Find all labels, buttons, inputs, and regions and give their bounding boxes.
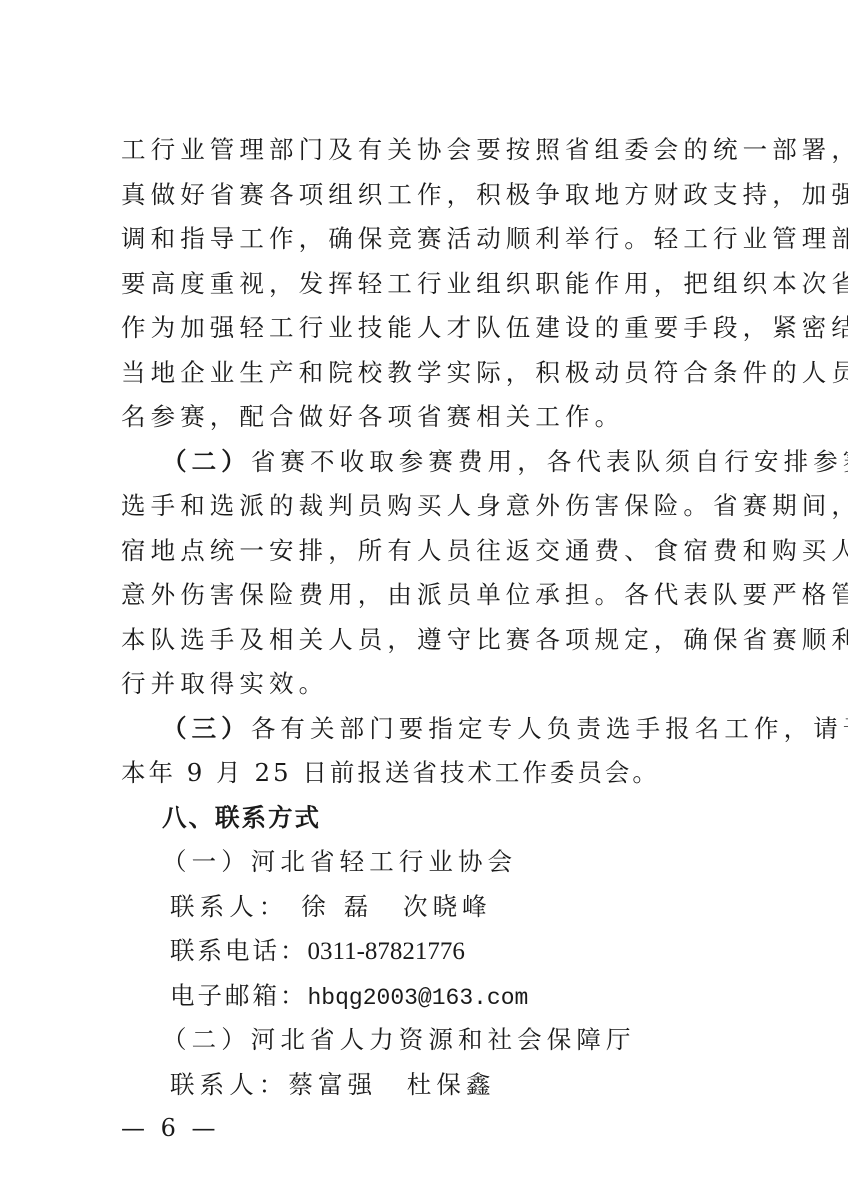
paragraph-line: 要高度重视，发挥轻工行业组织职能作用，把组织本次省赛 [121,269,721,299]
paragraph-line-item-3: （三）各有关部门要指定专人负责选手报名工作，请于 [162,714,762,744]
contact-person-label: 联系人： [170,892,288,921]
contact-email-1: 电子邮箱：hbqg2003@163.com [170,981,770,1013]
contact-person-names: 徐 磊 次晓峰 [301,892,492,921]
contact-email-label: 电子邮箱： [170,981,308,1010]
contact-phone-value: 0311-87821776 [308,938,465,965]
item-text: 各有关部门要指定专人负责选手报名工作，请于 [251,714,848,743]
paragraph-line-item-2: （二）省赛不收取参赛费用，各代表队须自行安排参赛 [162,447,762,477]
contact-email-value: hbqg2003@163.com [308,985,529,1011]
paragraph-line: 当地企业生产和院校教学实际，积极动员符合条件的人员报 [121,358,721,388]
item-number: （三） [162,714,251,743]
paragraph-line: 选手和选派的裁判员购买人身意外伤害保险。省赛期间，食 [121,491,721,521]
contact-person-label: 联系人： [170,1070,288,1099]
paragraph-line: 本年 9 月 25 日前报送省技术工作委员会。 [121,758,721,788]
contact-org-2: （二）河北省人力资源和社会保障厅 [162,1025,762,1055]
contact-org-1: （一）河北省轻工行业协会 [162,847,762,877]
paragraph-line: 行并取得实效。 [121,669,721,699]
paragraph-line: 意外伤害保险费用，由派员单位承担。各代表队要严格管理 [121,580,721,610]
contact-persons-1: 联系人： 徐 磊 次晓峰 [170,892,770,922]
item-number: （二） [162,447,251,476]
contact-phone-1: 联系电话：0311-87821776 [170,936,770,967]
section-heading: 八、联系方式 [162,803,762,833]
document-page: 工行业管理部门及有关协会要按照省组委会的统一部署，认 真做好省赛各项组织工作，积… [0,0,848,1200]
paragraph-line: 本队选手及相关人员，遵守比赛各项规定，确保省赛顺利举 [121,625,721,655]
paragraph-line: 名参赛，配合做好各项省赛相关工作。 [121,402,721,432]
page-number: — 6 — [121,1113,220,1143]
paragraph-line: 作为加强轻工行业技能人才队伍建设的重要手段，紧密结合 [121,313,721,343]
paragraph-line: 调和指导工作，确保竞赛活动顺利举行。轻工行业管理部门 [121,224,721,254]
contact-persons-2: 联系人：蔡富强 杜保鑫 [170,1070,770,1100]
paragraph-line: 工行业管理部门及有关协会要按照省组委会的统一部署，认 [121,135,721,165]
item-text: 省赛不收取参赛费用，各代表队须自行安排参赛 [251,447,848,476]
paragraph-line: 真做好省赛各项组织工作，积极争取地方财政支持，加强协 [121,180,721,210]
contact-phone-label: 联系电话： [170,936,308,965]
paragraph-line: 宿地点统一安排，所有人员往返交通费、食宿费和购买人身 [121,536,721,566]
contact-person-names: 蔡富强 杜保鑫 [288,1070,495,1099]
